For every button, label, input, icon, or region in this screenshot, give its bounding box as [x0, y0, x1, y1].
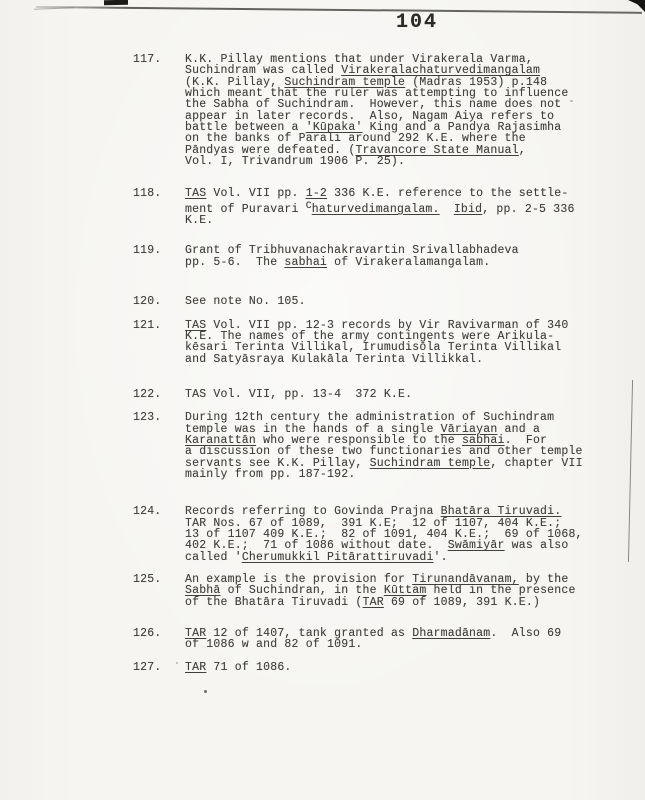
footnote-118: 118.TAS Vol. VII pp. 1-2 336 K.E. refere…	[133, 188, 593, 226]
scan-speck	[570, 100, 573, 102]
footnote-126: 126.TAR 12 of 1407, tank granted as Dhar…	[133, 628, 593, 651]
text-segment: was also	[505, 539, 569, 552]
underlined-term: 1-2	[306, 187, 327, 200]
text-segment: 69 of 1089, 391 K.E.)	[384, 596, 540, 609]
text-segment: Vol. VII pp.	[206, 187, 305, 200]
text-segment: '.	[434, 551, 448, 564]
text-segment: pp. 5-6. The	[185, 256, 284, 269]
underlined-term: TAS	[185, 187, 206, 200]
scan-speck	[204, 690, 207, 693]
text-segment: . Also 69	[490, 627, 561, 640]
footnote-text: TAR 12 of 1407, tank granted as Dharmadā…	[185, 628, 561, 651]
text-segment: Vol. I, Trivandrum 1906 P. 25).	[185, 155, 405, 168]
text-segment: of the Bhatāra Tiruvadi (	[185, 596, 363, 609]
footnote-text: See note No. 105.	[185, 296, 306, 307]
footnote-text: TAS Vol. VII, pp. 13-4 372 K.E.	[185, 389, 412, 400]
text-segment: and Satyāsraya Kulakāla Terinta Villikka…	[185, 353, 483, 366]
underlined-term: sabhai	[284, 256, 327, 269]
footnote-number: 122.	[133, 389, 185, 400]
text-segment: mainly from pp. 187-192.	[185, 468, 355, 481]
text-segment: of Virakeralamangalam.	[327, 256, 490, 269]
footnote-121: 121.TAS Vol. VII pp. 12-3 records by Vir…	[133, 320, 593, 365]
underlined-term: TAR	[363, 596, 384, 609]
footnote-number: 125.	[133, 574, 185, 608]
footnote-text: During 12th century the administration o…	[185, 412, 583, 480]
underlined-term: Ibid	[454, 203, 482, 216]
text-segment: ,	[519, 144, 526, 157]
scan-pencil-dash	[34, 7, 74, 9]
footnote-number: 124.	[133, 506, 185, 563]
footnote-text: TAR 71 of 1086.	[185, 662, 292, 673]
footnote-122: 122.TAS Vol. VII, pp. 13-4 372 K.E.	[133, 389, 593, 400]
text-segment: 71 of 1086.	[206, 661, 291, 674]
footnote-119: 119.Grant of Tribhuvanachakravartin Sriv…	[133, 245, 593, 268]
footnote-text: An example is the provision for Tirunand…	[185, 574, 576, 608]
footnotes-list: 117.K.K. Pillay mentions that under Vira…	[133, 54, 593, 673]
footnote-number: 126.	[133, 628, 185, 651]
underlined-term: Suchindram temple	[370, 457, 491, 470]
footnote-number: 118.	[133, 188, 185, 226]
text-segment: , chapter VII	[490, 457, 582, 470]
scan-top-rule	[36, 6, 642, 14]
text-segment: 336 K.E. reference to the settle-	[327, 187, 568, 200]
underlined-term: Swāmiyār	[448, 539, 505, 552]
footnote-text: Records referring to Govinda Prajna Bhat…	[185, 506, 583, 563]
text-segment: called '	[185, 551, 242, 564]
footnote-number: 117.	[133, 54, 185, 167]
footnote-120: 120.See note No. 105.	[133, 296, 593, 307]
scan-corner-mark-right	[628, 0, 645, 12]
footnote-125: 125.An example is the provision for Tiru…	[133, 574, 593, 608]
underlined-term: Cherumukkil Pitārattiruvadi	[242, 551, 434, 564]
underlined-term: Dharmadānam	[412, 627, 490, 640]
footnote-number: 120.	[133, 296, 185, 307]
footnote-number: 123.	[133, 412, 185, 480]
text-segment: of 1086 w and 82 of 1091.	[185, 638, 363, 651]
footnote-124: 124.Records referring to Govinda Prajna …	[133, 506, 593, 563]
footnote-text: K.K. Pillay mentions that under Virakera…	[185, 54, 568, 167]
underlined-term: haturvedimangalam.	[312, 203, 440, 216]
scan-speck	[176, 662, 178, 664]
underlined-term: TAR	[185, 661, 206, 674]
footnote-text: Grant of Tribhuvanachakravartin Srivalla…	[185, 245, 519, 268]
footnote-text: TAS Vol. VII pp. 12-3 records by Vir Rav…	[185, 320, 568, 365]
text-segment: TAS Vol. VII, pp. 13-4 372 K.E.	[185, 388, 412, 401]
footnote-123: 123.During 12th century the administrati…	[133, 412, 593, 480]
text-segment	[440, 203, 454, 216]
text-segment: See note No. 105.	[185, 295, 306, 308]
document-page: 104 117.K.K. Pillay mentions that under …	[0, 0, 645, 800]
page-number: 104	[396, 11, 438, 34]
footnote-number: 121.	[133, 320, 185, 365]
footnote-117: 117.K.K. Pillay mentions that under Vira…	[133, 54, 593, 167]
footnote-number: 119.	[133, 245, 185, 268]
scan-edge-scratch	[628, 380, 633, 562]
footnote-127: 127.TAR 71 of 1086.	[133, 662, 593, 673]
footnote-text: TAS Vol. VII pp. 1-2 336 K.E. reference …	[185, 188, 593, 226]
scan-corner-mark-left	[104, 0, 128, 5]
